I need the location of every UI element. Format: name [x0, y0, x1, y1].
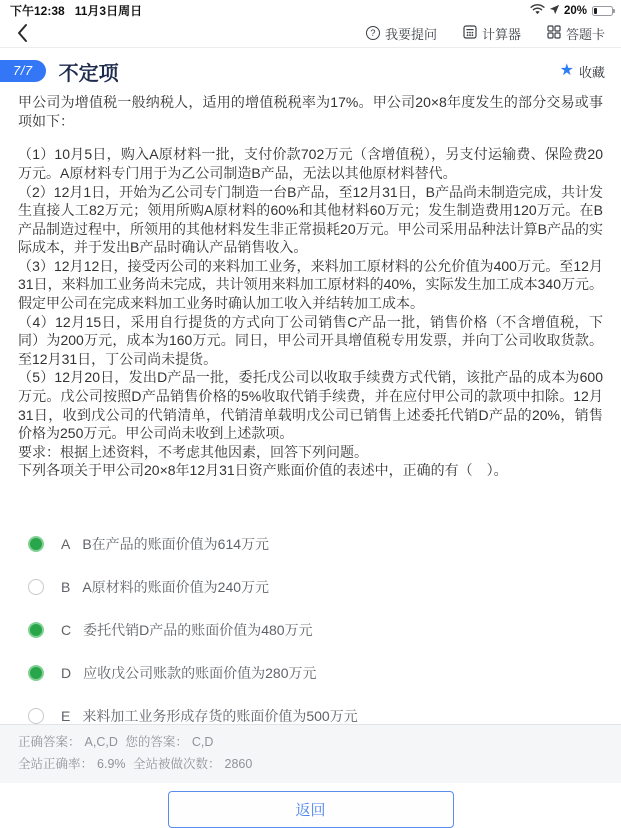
option-row-e[interactable]: E 来料加工业务形成存货的账面价值为500万元	[28, 708, 621, 724]
site-rate-label: 全站正确率：	[18, 757, 93, 771]
option-letter: E	[61, 708, 70, 724]
calculator-label: 计算器	[482, 24, 521, 43]
question-prompt: 下列各项关于甲公司20×8年12月31日资产账面价值的表述中，正确的有（ ）。	[18, 461, 603, 480]
return-button[interactable]: 返回	[168, 791, 454, 828]
star-icon: ★	[560, 63, 574, 79]
option-radio[interactable]	[28, 579, 44, 595]
option-text: B在产品的账面价值为614万元	[82, 534, 269, 554]
favorite-label: 收藏	[579, 62, 605, 81]
option-letter: B	[61, 579, 70, 595]
question-body: 甲公司为增值税一般纳税人，适用的增值税税率为17%。甲公司20×8年度发生的部分…	[0, 84, 621, 480]
option-text: 来料加工业务形成存货的账面价值为500万元	[82, 706, 357, 726]
option-row-c[interactable]: C 委托代销D产品的账面价值为480万元	[28, 622, 621, 638]
chevron-left-icon	[16, 23, 28, 43]
back-chevron-button[interactable]	[16, 23, 28, 43]
progress-badge: 7/7	[0, 60, 46, 82]
calculator-icon	[463, 25, 477, 42]
answer-card-button[interactable]: 答题卡	[547, 24, 605, 43]
battery-icon	[592, 6, 613, 16]
status-left: 下午12:38 11月3日周日	[10, 2, 142, 19]
your-answer-label: 您的答案：	[125, 735, 188, 749]
site-rate-value: 6.9%	[97, 757, 126, 771]
wifi-icon	[530, 4, 545, 18]
question-item-3: （3）12月12日，接受丙公司的来料加工业务，来料加工原材料的公允价值为400万…	[18, 257, 603, 313]
option-text: A原材料的账面价值为240万元	[82, 577, 269, 597]
answer-summary-line: 正确答案：A,C,D 您的答案：C,D	[18, 731, 603, 753]
option-radio[interactable]	[28, 622, 44, 638]
option-row-b[interactable]: B A原材料的账面价值为240万元	[28, 579, 621, 595]
question-item-5: （5）12月20日，发出D产品一批，委托戊公司以收取手续费方式代销，该批产品的成…	[18, 368, 603, 442]
option-letter: A	[61, 536, 70, 552]
question-item-2: （2）12月1日，开始为乙公司专门制造一台B产品，至12月31日，B产品尚未制造…	[18, 183, 603, 257]
result-panel: 正确答案：A,C,D 您的答案：C,D 全站正确率：6.9% 全站被做次数：28…	[0, 724, 621, 783]
ask-question-button[interactable]: 我要提问	[366, 24, 437, 43]
correct-answer-label: 正确答案：	[18, 735, 81, 749]
ask-question-label: 我要提问	[385, 24, 437, 43]
question-requirement: 要求：根据上述资料，不考虑其他因素，回答下列问题。	[18, 443, 603, 462]
status-right: 20%	[530, 4, 613, 18]
option-row-d[interactable]: D 应收戊公司账款的账面价值为280万元	[28, 665, 621, 681]
attempts-value: 2860	[225, 757, 253, 771]
options-list: A B在产品的账面价值为614万元 B A原材料的账面价值为240万元 C 委托…	[0, 536, 621, 724]
status-date: 11月3日周日	[75, 2, 142, 19]
question-intro: 甲公司为增值税一般纳税人，适用的增值税税率为17%。甲公司20×8年度发生的部分…	[18, 93, 603, 130]
question-header: 7/7 不定项 ★ 收藏	[0, 58, 621, 84]
status-time: 下午12:38	[10, 2, 65, 19]
option-letter: C	[61, 622, 71, 638]
your-answer-value: C,D	[192, 735, 214, 749]
question-type-title: 不定项	[59, 57, 119, 86]
location-arrow-icon	[549, 4, 560, 18]
calculator-button[interactable]: 计算器	[463, 24, 521, 43]
stats-line: 全站正确率：6.9% 全站被做次数：2860	[18, 753, 603, 775]
nav-actions: 我要提问 计算器 答题卡	[366, 24, 605, 43]
option-radio[interactable]	[28, 665, 44, 681]
answer-card-label: 答题卡	[566, 24, 605, 43]
option-row-a[interactable]: A B在产品的账面价值为614万元	[28, 536, 621, 552]
option-radio[interactable]	[28, 536, 44, 552]
question-item-1: （1）10月5日，购入A原材料一批，支付价款702万元（含增值税），另支付运输费…	[18, 145, 603, 182]
option-text: 应收戊公司账款的账面价值为280万元	[83, 663, 316, 683]
exam-question-page: 下午12:38 11月3日周日 20% 我要提问 计算器 答题卡	[0, 0, 621, 828]
correct-answer-value: A,C,D	[85, 735, 118, 749]
option-text: 委托代销D产品的账面价值为480万元	[83, 620, 312, 640]
battery-percent: 20%	[564, 5, 587, 17]
status-bar: 下午12:38 11月3日周日 20%	[0, 0, 621, 19]
attempts-label: 全站被做次数：	[133, 757, 221, 771]
footer-bar: 返回	[0, 783, 621, 828]
nav-bar: 我要提问 计算器 答题卡	[0, 19, 621, 48]
question-circle-icon	[366, 26, 380, 40]
question-item-4: （4）12月15日，采用自行提货的方式向丁公司销售C产品一批，销售价格（不含增值…	[18, 313, 603, 369]
option-letter: D	[61, 665, 71, 681]
answer-card-grid-icon	[547, 25, 561, 42]
favorite-button[interactable]: ★ 收藏	[560, 62, 605, 81]
option-radio[interactable]	[28, 708, 44, 724]
